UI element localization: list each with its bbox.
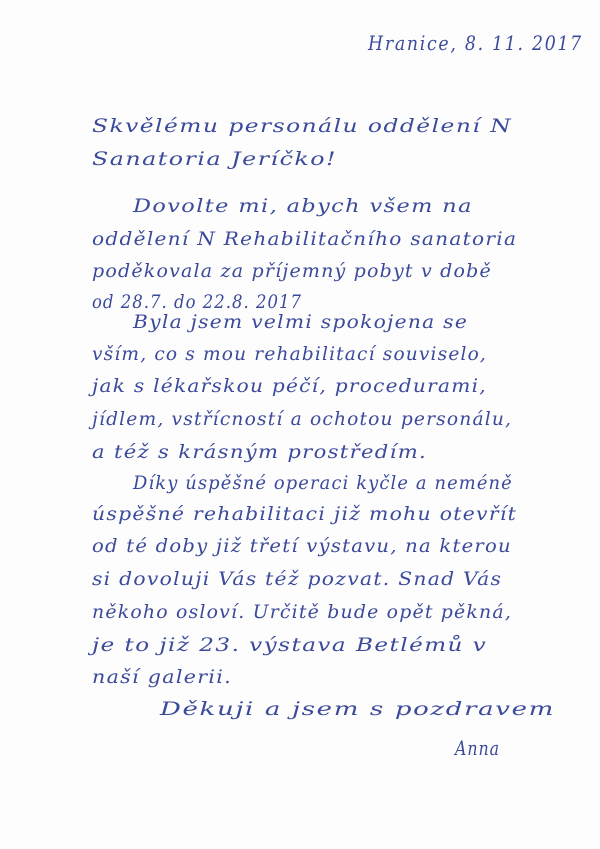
paragraph-line: Byla jsem velmi spokojena se [133, 313, 468, 332]
letter-page: Hranice, 8. 11. 2017 Skvělému personálu … [0, 0, 600, 849]
paragraph-line: Díky úspěšné operaci kyčle a neméně [133, 474, 513, 493]
paragraph-line: naší galerii. [92, 668, 232, 687]
paragraph-line: jak s lékařskou péčí, procedurami, [92, 377, 487, 396]
paragraph-line: oddělení N Rehabilitačního sanatoria [92, 230, 517, 249]
place-date: Hranice, 8. 11. 2017 [368, 33, 583, 53]
paragraph-line: někoho osloví. Určitě bude opět pěkná, [92, 603, 512, 622]
paragraph-line: od té doby již třetí výstavu, na kterou [92, 537, 512, 556]
paragraph-line: si dovoluji Vás též pozvat. Snad Vás [92, 570, 502, 589]
salutation-line: Skvělému personálu oddělení N [92, 117, 512, 136]
closing-line: Děkuji a jsem s pozdravem [160, 700, 555, 719]
salutation-line: Sanatoria Jeríčko! [92, 150, 337, 169]
signature: Anna [455, 738, 500, 758]
paragraph-line: a též s krásným prostředím. [92, 443, 427, 462]
paragraph-line: vším, co s mou rehabilitací souviselo, [92, 345, 487, 364]
paragraph-line: úspěšné rehabilitaci již mohu otevřít [92, 505, 517, 524]
paragraph-line: jídlem, vstřícností a ochotou personálu, [92, 410, 512, 429]
paragraph-line: poděkovala za příjemný pobyt v době [92, 262, 492, 281]
paragraph-line: od 28.7. do 22.8. 2017 [92, 293, 302, 312]
paragraph-line: Dovolte mi, abych všem na [133, 197, 473, 216]
paragraph-line: je to již 23. výstava Betlémů v [92, 636, 487, 655]
